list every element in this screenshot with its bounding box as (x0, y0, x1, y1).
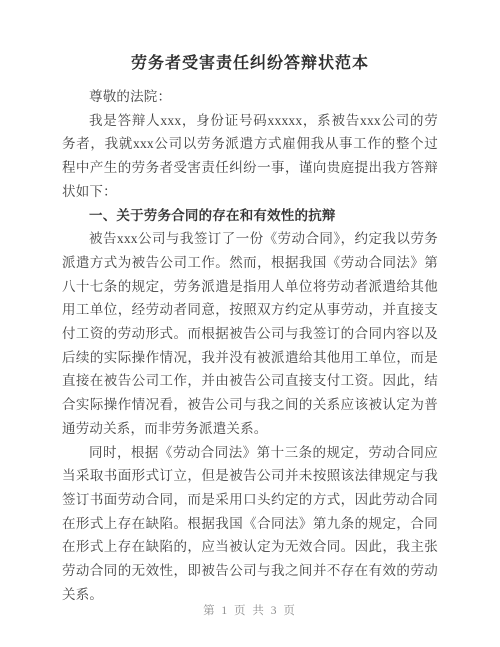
document-page: 劳务者受害责任纠纷答辩状范本 尊敬的法院： 我是答辩人xxx，身份证号码xxxx… (0, 0, 500, 647)
page-footer: 第 1 页 共 3 页 (0, 602, 500, 618)
page-indicator: 第 1 页 共 3 页 (203, 605, 297, 617)
intro-paragraph: 我是答辩人xxx，身份证号码xxxxx，系被告xxx公司的劳务者，我就xxx公司… (62, 109, 438, 204)
section-1-paragraph-1: 被告xxx公司与我签订了一份《劳动合同》，约定我以劳务派遣方式为被告公司工作。然… (62, 227, 438, 440)
section-1-paragraph-2: 同时，根据《劳动合同法》第十三条的规定，劳动合同应当采取书面形式订立，但是被告公… (62, 441, 438, 607)
salutation-line: 尊敬的法院： (62, 85, 438, 109)
document-content: 劳务者受害责任纠纷答辩状范本 尊敬的法院： 我是答辩人xxx，身份证号码xxxx… (62, 52, 438, 606)
document-title: 劳务者受害责任纠纷答辩状范本 (62, 52, 438, 76)
section-1-heading: 一、关于劳务合同的存在和有效性的抗辩 (62, 204, 438, 228)
